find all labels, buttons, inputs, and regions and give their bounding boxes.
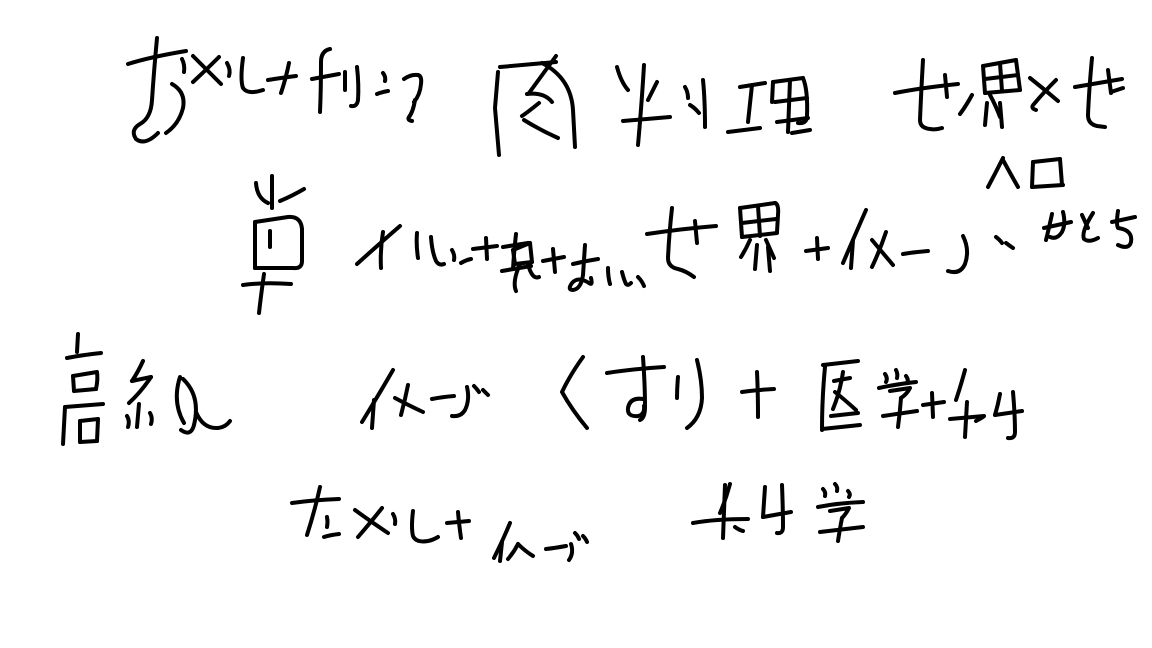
ink-stroke [1108, 70, 1111, 93]
ink-stroke [638, 277, 644, 286]
ink-stroke [677, 377, 678, 398]
ink-stroke [80, 419, 98, 421]
ink-stroke [256, 183, 268, 203]
ink-stroke [527, 94, 552, 102]
ink-stroke [996, 237, 1002, 243]
ink-stroke [458, 512, 461, 538]
ink-stroke [474, 386, 479, 392]
ink-stroke [741, 240, 750, 257]
ink-stroke [1111, 88, 1123, 92]
ink-stroke [562, 357, 587, 428]
ink-stroke [988, 158, 1003, 187]
ink-stroke [693, 519, 748, 523]
ink-stroke [137, 404, 139, 427]
ink-stroke [404, 75, 421, 102]
ink-stroke [522, 103, 539, 116]
ink-stroke [788, 80, 790, 132]
ink-stroke [885, 374, 887, 382]
ink-stroke [903, 251, 928, 254]
ink-stroke [77, 334, 78, 352]
ink-stroke [431, 237, 444, 265]
ink-stroke [377, 91, 388, 94]
ink-stroke [777, 485, 783, 533]
ink-stroke [461, 259, 471, 263]
ink-stroke [393, 514, 395, 524]
ink-stroke [623, 117, 670, 121]
handwriting-word-iri-gen-nai [357, 226, 644, 291]
ink-stroke [960, 95, 972, 114]
ink-stroke [243, 283, 291, 285]
ink-stroke [945, 75, 947, 97]
ink-stroke [1032, 162, 1033, 187]
ink-stroke [293, 229, 302, 268]
ink-stroke [495, 72, 499, 155]
ink-stroke [948, 236, 967, 272]
ink-stroke [668, 208, 694, 277]
ink-stroke [896, 370, 897, 378]
ink-stroke [735, 527, 743, 531]
ink-stroke [1000, 103, 1002, 127]
ink-stroke [792, 130, 810, 133]
handwriting-word-image [362, 370, 488, 428]
ink-stroke [1075, 79, 1122, 87]
handwriting-word-takashi-image [292, 487, 587, 561]
ink-stroke [768, 247, 770, 271]
ink-stroke [1008, 392, 1015, 438]
ink-stroke [823, 361, 858, 365]
ink-stroke [685, 87, 688, 98]
ink-stroke [1003, 160, 1018, 187]
ink-stroke [242, 58, 264, 92]
ink-stroke [1088, 58, 1105, 127]
ink-stroke [995, 394, 1000, 415]
ink-stroke [985, 75, 1018, 79]
ink-stroke [1006, 243, 1013, 248]
ink-stroke [546, 546, 566, 549]
ink-stroke [895, 84, 958, 93]
ink-stroke [622, 272, 631, 285]
ink-stroke [763, 512, 791, 517]
ink-stroke [280, 189, 304, 201]
ink-stroke [607, 367, 664, 373]
ink-stroke [1032, 185, 1063, 187]
ink-stroke [134, 38, 158, 141]
ink-stroke [268, 76, 296, 80]
ink-stroke [638, 65, 644, 145]
ink-stroke [327, 517, 328, 527]
ink-stroke [196, 412, 230, 428]
ink-stroke [835, 392, 856, 410]
ink-stroke [687, 360, 702, 428]
ink-stroke [817, 238, 818, 259]
handwriting-word-niku-ryouri [495, 56, 810, 155]
ink-stroke [65, 404, 103, 407]
ink-stroke [703, 80, 705, 127]
ink-stroke [177, 377, 184, 423]
ink-stroke [628, 399, 644, 416]
handwriting-word-jinkou [988, 158, 1063, 187]
ink-stroke [742, 219, 776, 223]
handwriting-word-kusuri-igaku-ka [562, 357, 1022, 438]
ink-stroke [1083, 213, 1098, 241]
ink-stroke [1060, 159, 1062, 185]
ink-stroke [932, 393, 933, 417]
ink-stroke [259, 274, 264, 313]
ink-stroke [965, 402, 967, 437]
ink-stroke [255, 217, 302, 229]
handwriting-word-koukyuu [63, 334, 230, 444]
ink-stroke [848, 491, 850, 497]
ink-stroke [381, 232, 383, 268]
ink-stroke [570, 245, 592, 290]
ink-stroke [508, 544, 518, 559]
ink-stroke [647, 226, 716, 234]
ink-stroke [417, 233, 418, 258]
ink-stroke [831, 413, 858, 416]
ink-stroke [956, 370, 965, 400]
handwriting-word-sekai-x-se [895, 58, 1123, 129]
ink-stroke [920, 60, 942, 129]
ink-stroke [608, 268, 610, 284]
ink-stroke [835, 484, 837, 491]
ink-stroke [528, 264, 539, 277]
ink-stroke [127, 416, 129, 427]
ink-stroke [97, 419, 98, 441]
ink-stroke [851, 240, 853, 268]
ink-stroke [74, 389, 96, 391]
ink-stroke [757, 372, 758, 417]
ink-stroke [395, 398, 423, 412]
ink-stroke [820, 527, 863, 532]
ink-stroke [569, 544, 572, 560]
ink-stroke [150, 413, 152, 424]
ink-stroke [822, 367, 825, 430]
ink-stroke [227, 63, 230, 76]
ink-stroke [412, 511, 438, 541]
ink-stroke [452, 387, 468, 416]
ink-stroke [73, 376, 74, 391]
ink-stroke [312, 74, 339, 79]
ink-stroke [320, 49, 330, 112]
ink-stroke [583, 536, 587, 542]
ink-stroke [486, 238, 487, 259]
ink-stroke [166, 84, 184, 133]
ink-stroke [362, 370, 393, 422]
ink-stroke [843, 210, 866, 263]
ink-stroke [307, 487, 320, 535]
ink-stroke [748, 85, 752, 122]
ink-stroke [723, 485, 725, 538]
ink-stroke [80, 441, 97, 442]
ink-stroke [383, 73, 385, 81]
ink-stroke [73, 372, 97, 389]
whiteboard-page [0, 0, 1152, 648]
ink-stroke [985, 103, 987, 125]
ink-stroke [408, 100, 415, 121]
ink-stroke [763, 487, 765, 517]
ink-stroke [617, 67, 628, 90]
ink-stroke [995, 411, 1022, 415]
handwriting-word-sekai-image [647, 203, 1013, 277]
handwriting-word-kagaku [693, 484, 863, 541]
ink-stroke [772, 82, 773, 102]
ink-stroke [728, 128, 760, 132]
ink-stroke [530, 243, 532, 262]
ink-stroke [818, 502, 863, 507]
ink-stroke [372, 400, 374, 428]
ink-stroke [553, 249, 555, 272]
ink-stroke [648, 82, 657, 100]
ink-stroke [432, 396, 454, 399]
ink-stroke [883, 411, 917, 416]
ink-stroke [67, 353, 101, 358]
ink-stroke [755, 245, 757, 269]
ink-stroke [357, 226, 400, 264]
handwriting-word-kusa [243, 176, 304, 313]
ink-stroke [830, 508, 849, 518]
handwriting-word-onna-toka [1044, 211, 1135, 247]
ink-stroke [518, 544, 533, 556]
ink-stroke [695, 221, 697, 243]
ink-stroke [513, 250, 515, 264]
ink-stroke [182, 59, 184, 72]
ink-stroke [690, 105, 699, 113]
ink-stroke [63, 407, 65, 444]
ink-stroke [1033, 159, 1060, 162]
handwriting-word-okashi-drink [128, 38, 421, 141]
ink-stroke [483, 390, 488, 395]
ink-stroke [575, 533, 579, 539]
ink-stroke [452, 250, 454, 260]
ink-stroke [500, 542, 502, 561]
ink-stroke [822, 425, 860, 429]
ink-stroke [351, 67, 358, 106]
ink-stroke [324, 534, 339, 537]
ink-stroke [823, 489, 825, 496]
ink-stroke [524, 120, 558, 138]
drawing-canvas[interactable] [0, 0, 1152, 648]
